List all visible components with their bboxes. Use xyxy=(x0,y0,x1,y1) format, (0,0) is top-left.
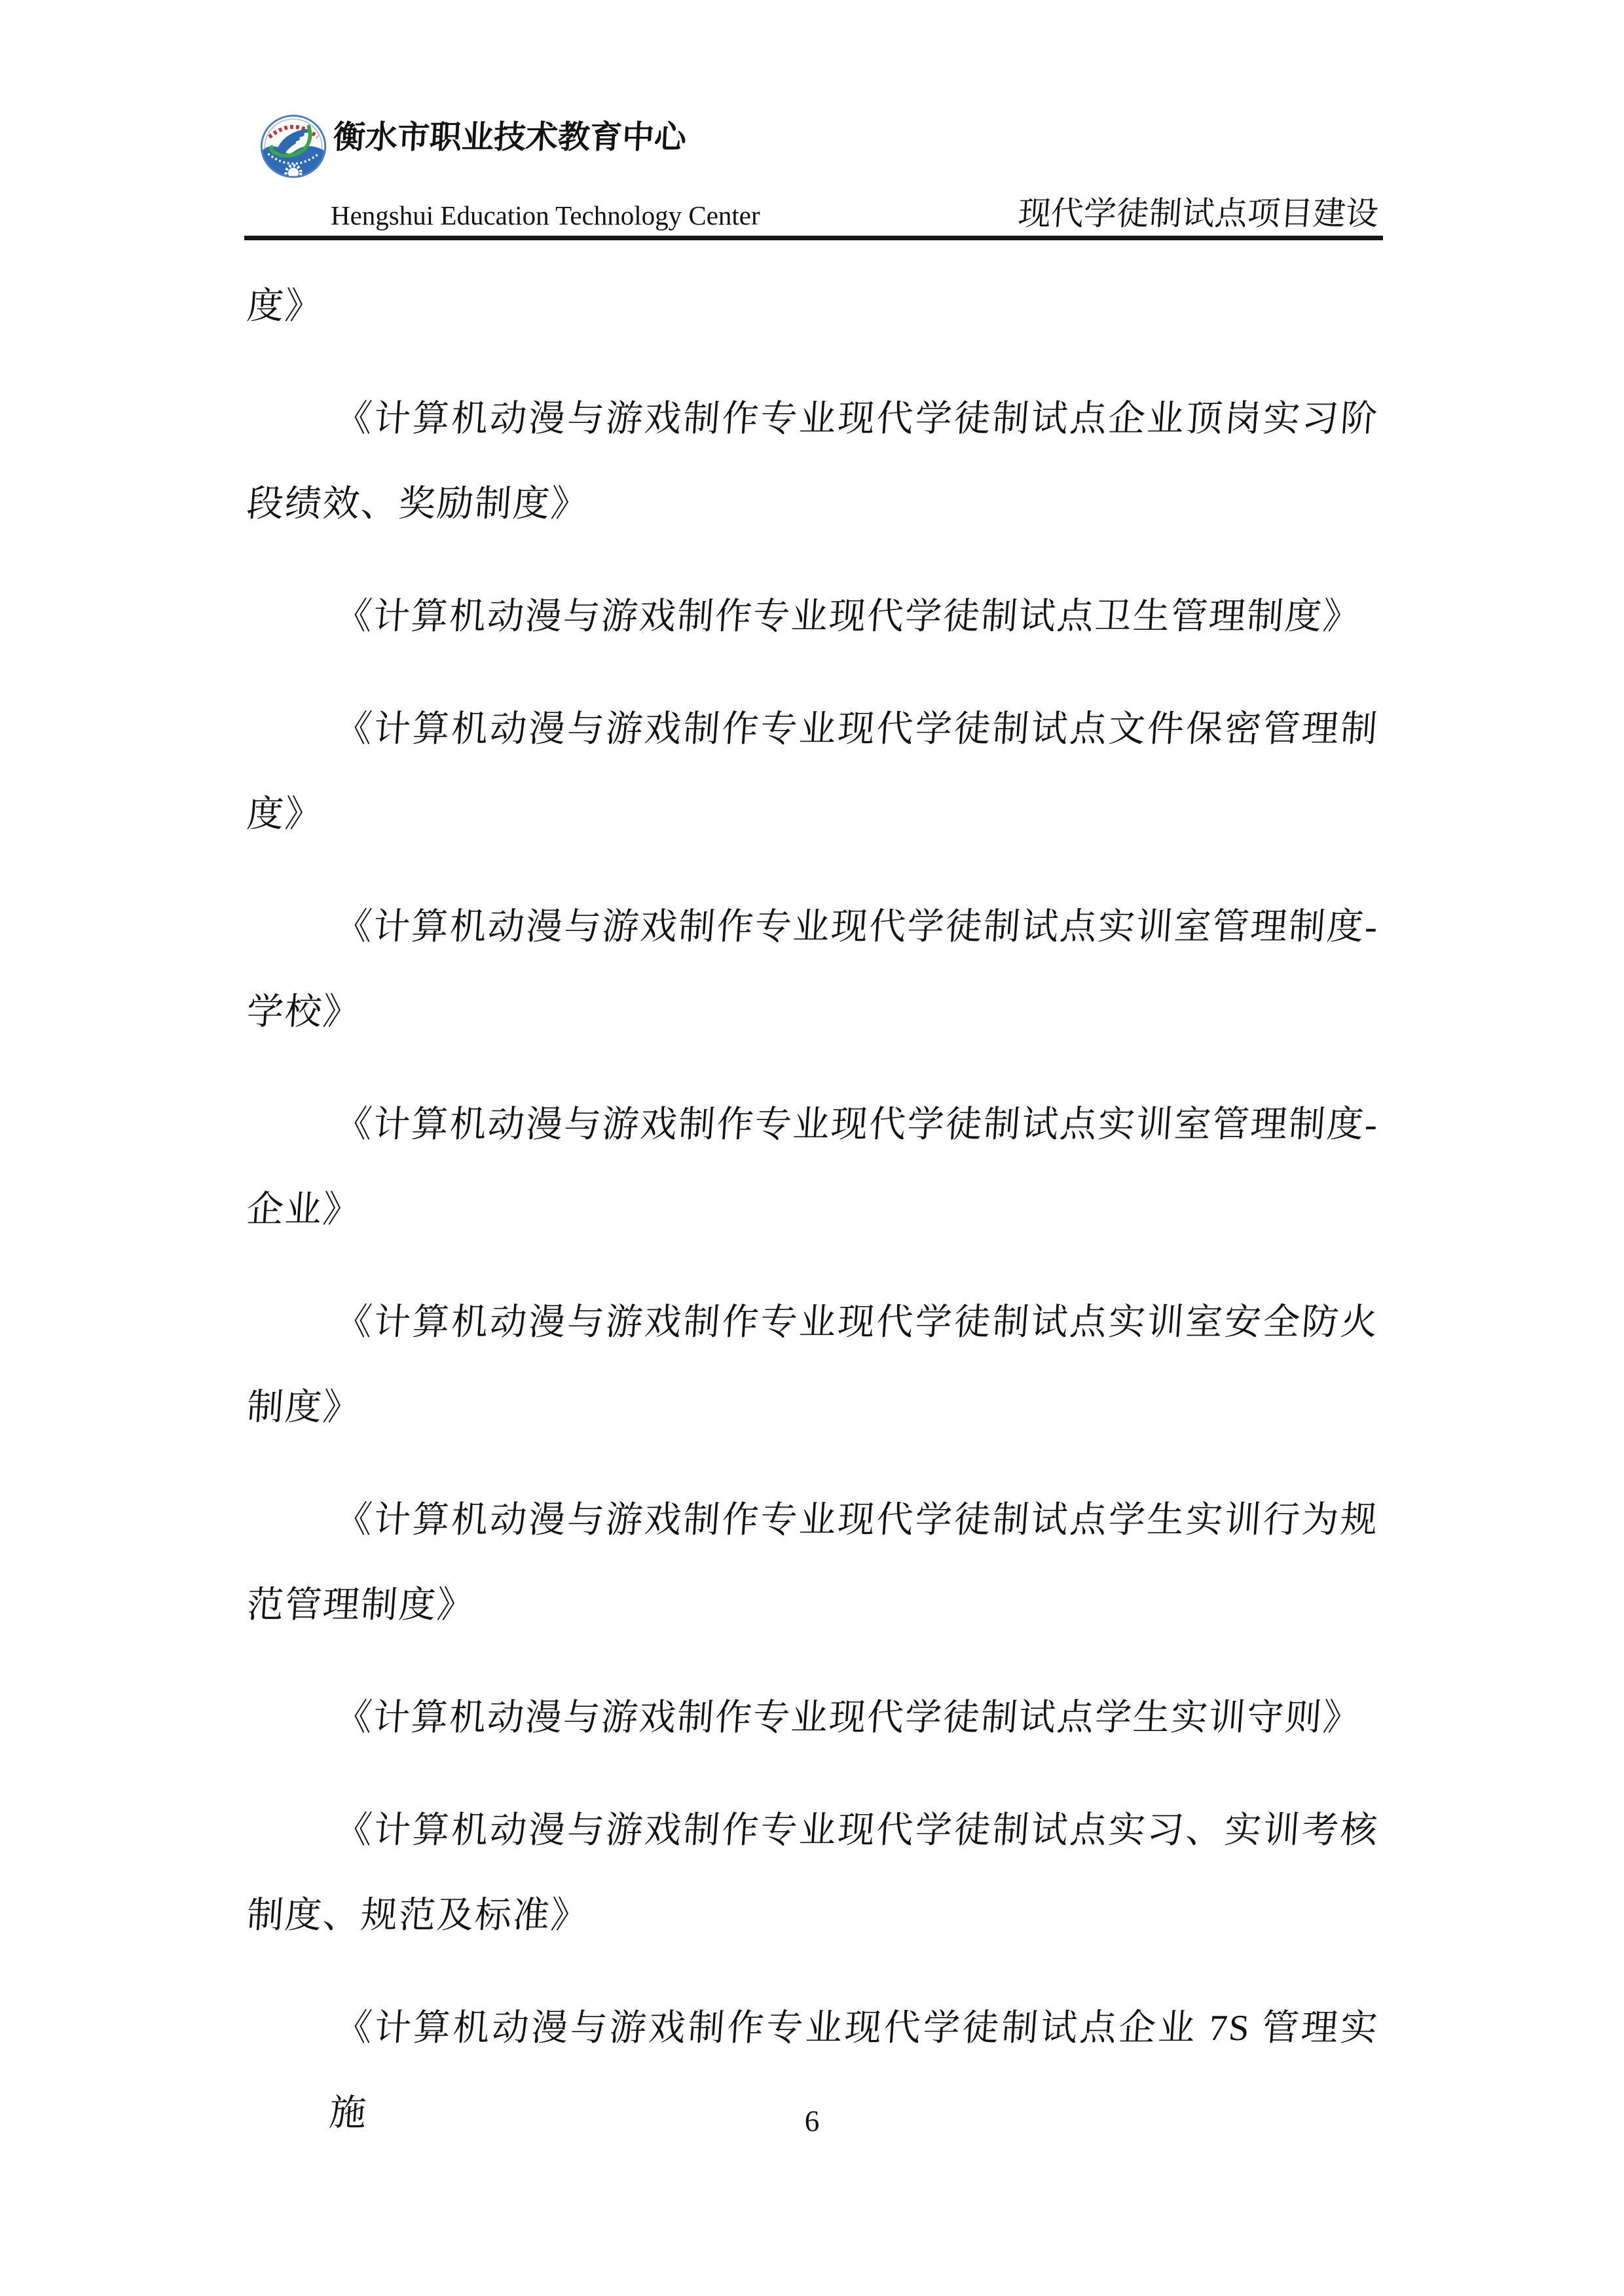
school-logo-icon xyxy=(259,114,327,179)
body-line: 段绩效、奖励制度》 xyxy=(244,462,1381,547)
body-line: 制度》 xyxy=(244,1365,1381,1450)
body-line: 制度、规范及标准》 xyxy=(244,1873,1381,1958)
school-name-english: Hengshui Education Technology Center xyxy=(331,198,760,232)
school-name-chinese: 衡水市职业技术教育中心 xyxy=(332,118,688,157)
body-line: 度》 xyxy=(244,772,1381,857)
project-title: 现代学徒制试点项目建设 xyxy=(1017,194,1380,232)
header-divider-line xyxy=(244,236,1383,240)
body-line: 企业》 xyxy=(244,1167,1381,1252)
body-line: 《计算机动漫与游戏制作专业现代学徒制试点实训室安全防火 xyxy=(244,1280,1381,1365)
body-line: 《计算机动漫与游戏制作专业现代学徒制试点实训室管理制度- xyxy=(244,884,1381,970)
body-line: 《计算机动漫与游戏制作专业现代学徒制试点实训室管理制度- xyxy=(244,1082,1381,1167)
body-line: 《计算机动漫与游戏制作专业现代学徒制试点实习、实训考核 xyxy=(244,1788,1381,1873)
body-line: 《计算机动漫与游戏制作专业现代学徒制试点企业顶岗实习阶 xyxy=(244,376,1381,462)
body-line: 《计算机动漫与游戏制作专业现代学徒制试点学生实训行为规 xyxy=(244,1478,1381,1563)
header-subrow: Hengshui Education Technology Center 现代学… xyxy=(246,194,1378,235)
body-line: 范管理制度》 xyxy=(244,1563,1381,1648)
body-line: 《计算机动漫与游戏制作专业现代学徒制试点卫生管理制度》 xyxy=(244,574,1381,659)
document-page: 衡水市职业技术教育中心 Hengshui Education Technolog… xyxy=(0,0,1624,2296)
document-body: 度》 《计算机动漫与游戏制作专业现代学徒制试点企业顶岗实习阶 段绩效、奖励制度》… xyxy=(247,264,1378,2071)
body-line: 《计算机动漫与游戏制作专业现代学徒制试点文件保密管理制 xyxy=(244,687,1381,772)
body-line: 度》 xyxy=(244,264,1381,349)
body-line: 《计算机动漫与游戏制作专业现代学徒制试点学生实训守则》 xyxy=(244,1675,1381,1760)
page-number: 6 xyxy=(0,2098,1624,2144)
body-line: 学校》 xyxy=(244,970,1381,1055)
body-line: 《计算机动漫与游戏制作专业现代学徒制试点企业 7S 管理实施 xyxy=(244,1986,1381,2071)
